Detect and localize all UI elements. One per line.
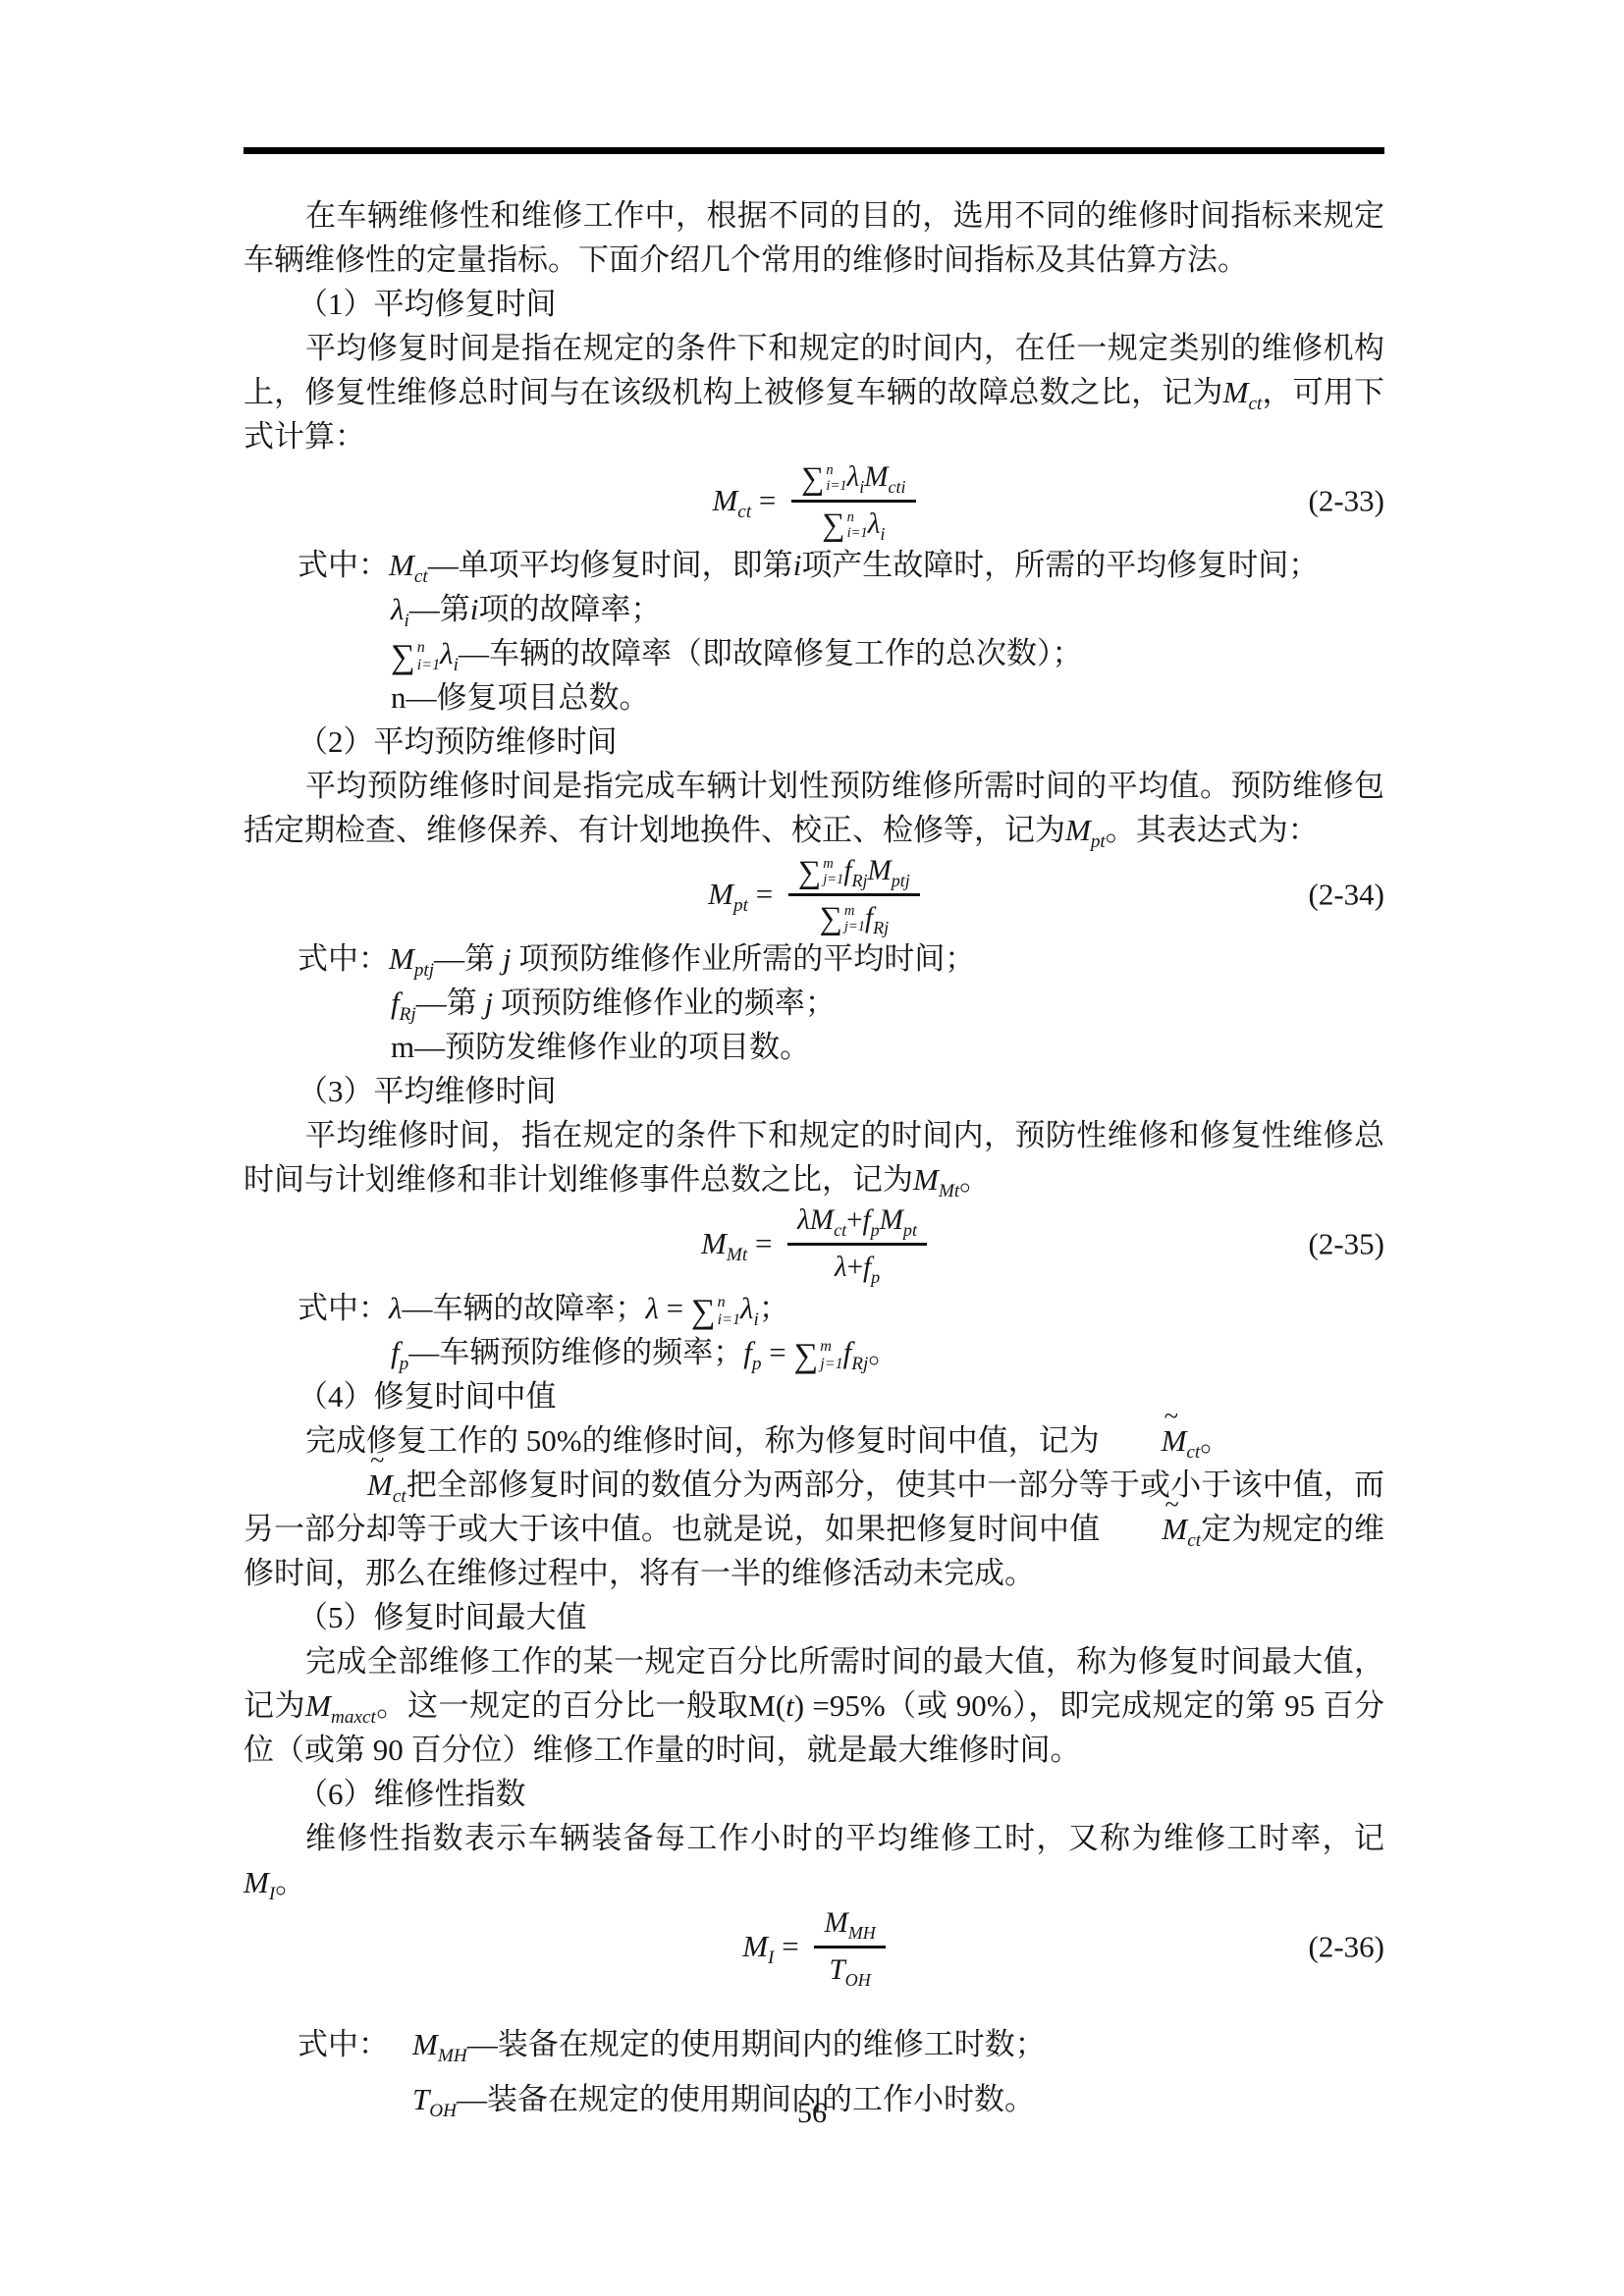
section-6-heading: （6）维修性指数 <box>244 1772 1384 1816</box>
numerator: MMH <box>814 1903 885 1948</box>
maintainability-index-paragraph: 维修性指数表示车辆装备每工作小时的平均维修工时，又称为维修工时率，记MI。 <box>244 1816 1384 1904</box>
formula-mct: Mct = ∑ni=1λiMcti ∑ni=1λi <box>244 457 1384 544</box>
section-4-heading: （4）修复时间中值 <box>244 1374 1384 1418</box>
definition-line: fp—车辆预防维修的频率；fp = ∑mj=1fRj。 <box>244 1330 1384 1374</box>
definition-line: 式中：Mptj—第 j 项预防维修作业所需的平均时间； <box>244 936 1384 981</box>
mean-preventive-time-paragraph: 平均预防维修时间是指完成车辆计划性预防维修所需时间的平均值。预防维修包括定期检查… <box>244 764 1384 852</box>
median-repair-time-paragraph: 完成修复工作的 50%的维修时间，称为修复时间中值，记为~Mct。 <box>244 1418 1384 1463</box>
equation-2-36: MI = MMH TOH (2-36) <box>244 1904 1384 1989</box>
section-2-heading: （2）平均预防维修时间 <box>244 720 1384 764</box>
page-content: 在车辆维修性和维修工作中，根据不同的目的，选用不同的维修时间指标来规定车辆维修性… <box>244 193 1384 2121</box>
definition-line: 式中：Mct—单项平均修复时间，即第i项产生故障时，所需的平均修复时间； <box>244 543 1384 587</box>
median-explanation-paragraph: ~Mct把全部修复时间的数值分为两部分，使其中一部分等于或小于该中值，而另一部分… <box>244 1463 1384 1595</box>
symbol-definitions-2-34: 式中：Mptj—第 j 项预防维修作业所需的平均时间； fRj—第 j 项预防维… <box>244 936 1384 1069</box>
definition-line: n—修复项目总数。 <box>244 675 1384 720</box>
formula-lhs: Mct = <box>712 482 784 518</box>
section-3-heading: （3）平均维修时间 <box>244 1069 1384 1113</box>
section-1-heading: （1）平均修复时间 <box>244 282 1384 326</box>
definition-line: ∑ni=1λi—车辆的故障率（即故障修复工作的总次数）； <box>244 631 1384 675</box>
definition-line: 式中：MMH—装备在规定的使用期间内的维修工时数； <box>244 2022 1384 2066</box>
document-page: 在车辆维修性和维修工作中，根据不同的目的，选用不同的维修时间指标来规定车辆维修性… <box>0 0 1624 2296</box>
where-label: 式中： <box>298 1291 389 1325</box>
formula-lhs: Mpt = <box>708 876 781 912</box>
definition-line: m—预防发维修作业的项目数。 <box>244 1025 1384 1069</box>
equation-2-34: Mpt = ∑mj=1fRjMptj ∑mj=1fRj (2-34) <box>244 852 1384 936</box>
page-number: 56 <box>0 2091 1624 2135</box>
numerator: λMct+fpMpt <box>787 1201 927 1245</box>
section-5-heading: （5）修复时间最大值 <box>244 1595 1384 1639</box>
mean-repair-time-paragraph: 平均修复时间是指在规定的条件下和规定的时间内，在任一规定类别的维修机构上，修复性… <box>244 326 1384 458</box>
symbol-definitions-2-35: 式中：λ—车辆的故障率；λ = ∑ni=1λi； fp—车辆预防维修的频率；fp… <box>244 1286 1384 1374</box>
equation-2-35: MMt = λMct+fpMpt λ+fp (2-35) <box>244 1201 1384 1286</box>
definition-line: fRj—第 j 项预防维修作业的频率； <box>244 981 1384 1025</box>
equation-number: (2-34) <box>1309 873 1384 917</box>
where-label: 式中： <box>298 2027 389 2061</box>
where-label: 式中： <box>298 941 389 976</box>
equation-number: (2-33) <box>1309 479 1384 523</box>
where-label: 式中： <box>298 548 389 582</box>
symbol-definitions-2-33: 式中：Mct—单项平均修复时间，即第i项产生故障时，所需的平均修复时间； λi—… <box>244 543 1384 720</box>
fraction: ∑ni=1λiMcti ∑ni=1λi <box>791 457 915 544</box>
definition-text: λ—车辆的故障率；λ = ∑ni=1λi； <box>389 1291 789 1325</box>
denominator: ∑ni=1λi <box>791 503 915 545</box>
denominator: λ+fp <box>787 1246 927 1287</box>
fraction: ∑mj=1fRjMptj ∑mj=1fRj <box>788 851 920 937</box>
formula-lhs: MI = <box>742 1928 806 1964</box>
numerator: ∑ni=1λiMcti <box>791 457 915 503</box>
formula-lhs: MMt = <box>701 1225 780 1261</box>
denominator: TOH <box>814 1949 885 1990</box>
header-rule <box>244 147 1384 154</box>
fraction: MMH TOH <box>814 1903 885 1990</box>
numerator: ∑mj=1fRjMptj <box>788 851 920 896</box>
equation-2-33: Mct = ∑ni=1λiMcti ∑ni=1λi (2-33) <box>244 458 1384 543</box>
spacer <box>244 1989 1384 2022</box>
definition-line: 式中：λ—车辆的故障率；λ = ∑ni=1λi； <box>244 1286 1384 1330</box>
definition-text: Mptj—第 j 项预防维修作业所需的平均时间； <box>389 941 975 976</box>
mean-maintenance-time-paragraph: 平均维修时间，指在规定的条件下和规定的时间内，预防性维修和修复性维修总时间与计划… <box>244 1113 1384 1201</box>
equation-number: (2-35) <box>1309 1222 1384 1266</box>
fraction: λMct+fpMpt λ+fp <box>787 1201 927 1287</box>
intro-paragraph: 在车辆维修性和维修工作中，根据不同的目的，选用不同的维修时间指标来规定车辆维修性… <box>244 193 1384 282</box>
equation-number: (2-36) <box>1309 1925 1384 1969</box>
formula-mi: MI = MMH TOH <box>244 1903 1384 1990</box>
definition-text: MMH—装备在规定的使用期间内的维修工时数； <box>412 2027 1046 2061</box>
formula-mmt: MMt = λMct+fpMpt λ+fp <box>244 1201 1384 1287</box>
definition-line: λi—第i项的故障率； <box>244 587 1384 631</box>
max-repair-time-paragraph: 完成全部维修工作的某一规定百分比所需时间的最大值，称为修复时间最大值，记为Mma… <box>244 1639 1384 1772</box>
definition-text: Mct—单项平均修复时间，即第i项产生故障时，所需的平均修复时间； <box>389 548 1319 582</box>
denominator: ∑mj=1fRj <box>788 896 920 938</box>
formula-mpt: Mpt = ∑mj=1fRjMptj ∑mj=1fRj <box>244 851 1384 937</box>
